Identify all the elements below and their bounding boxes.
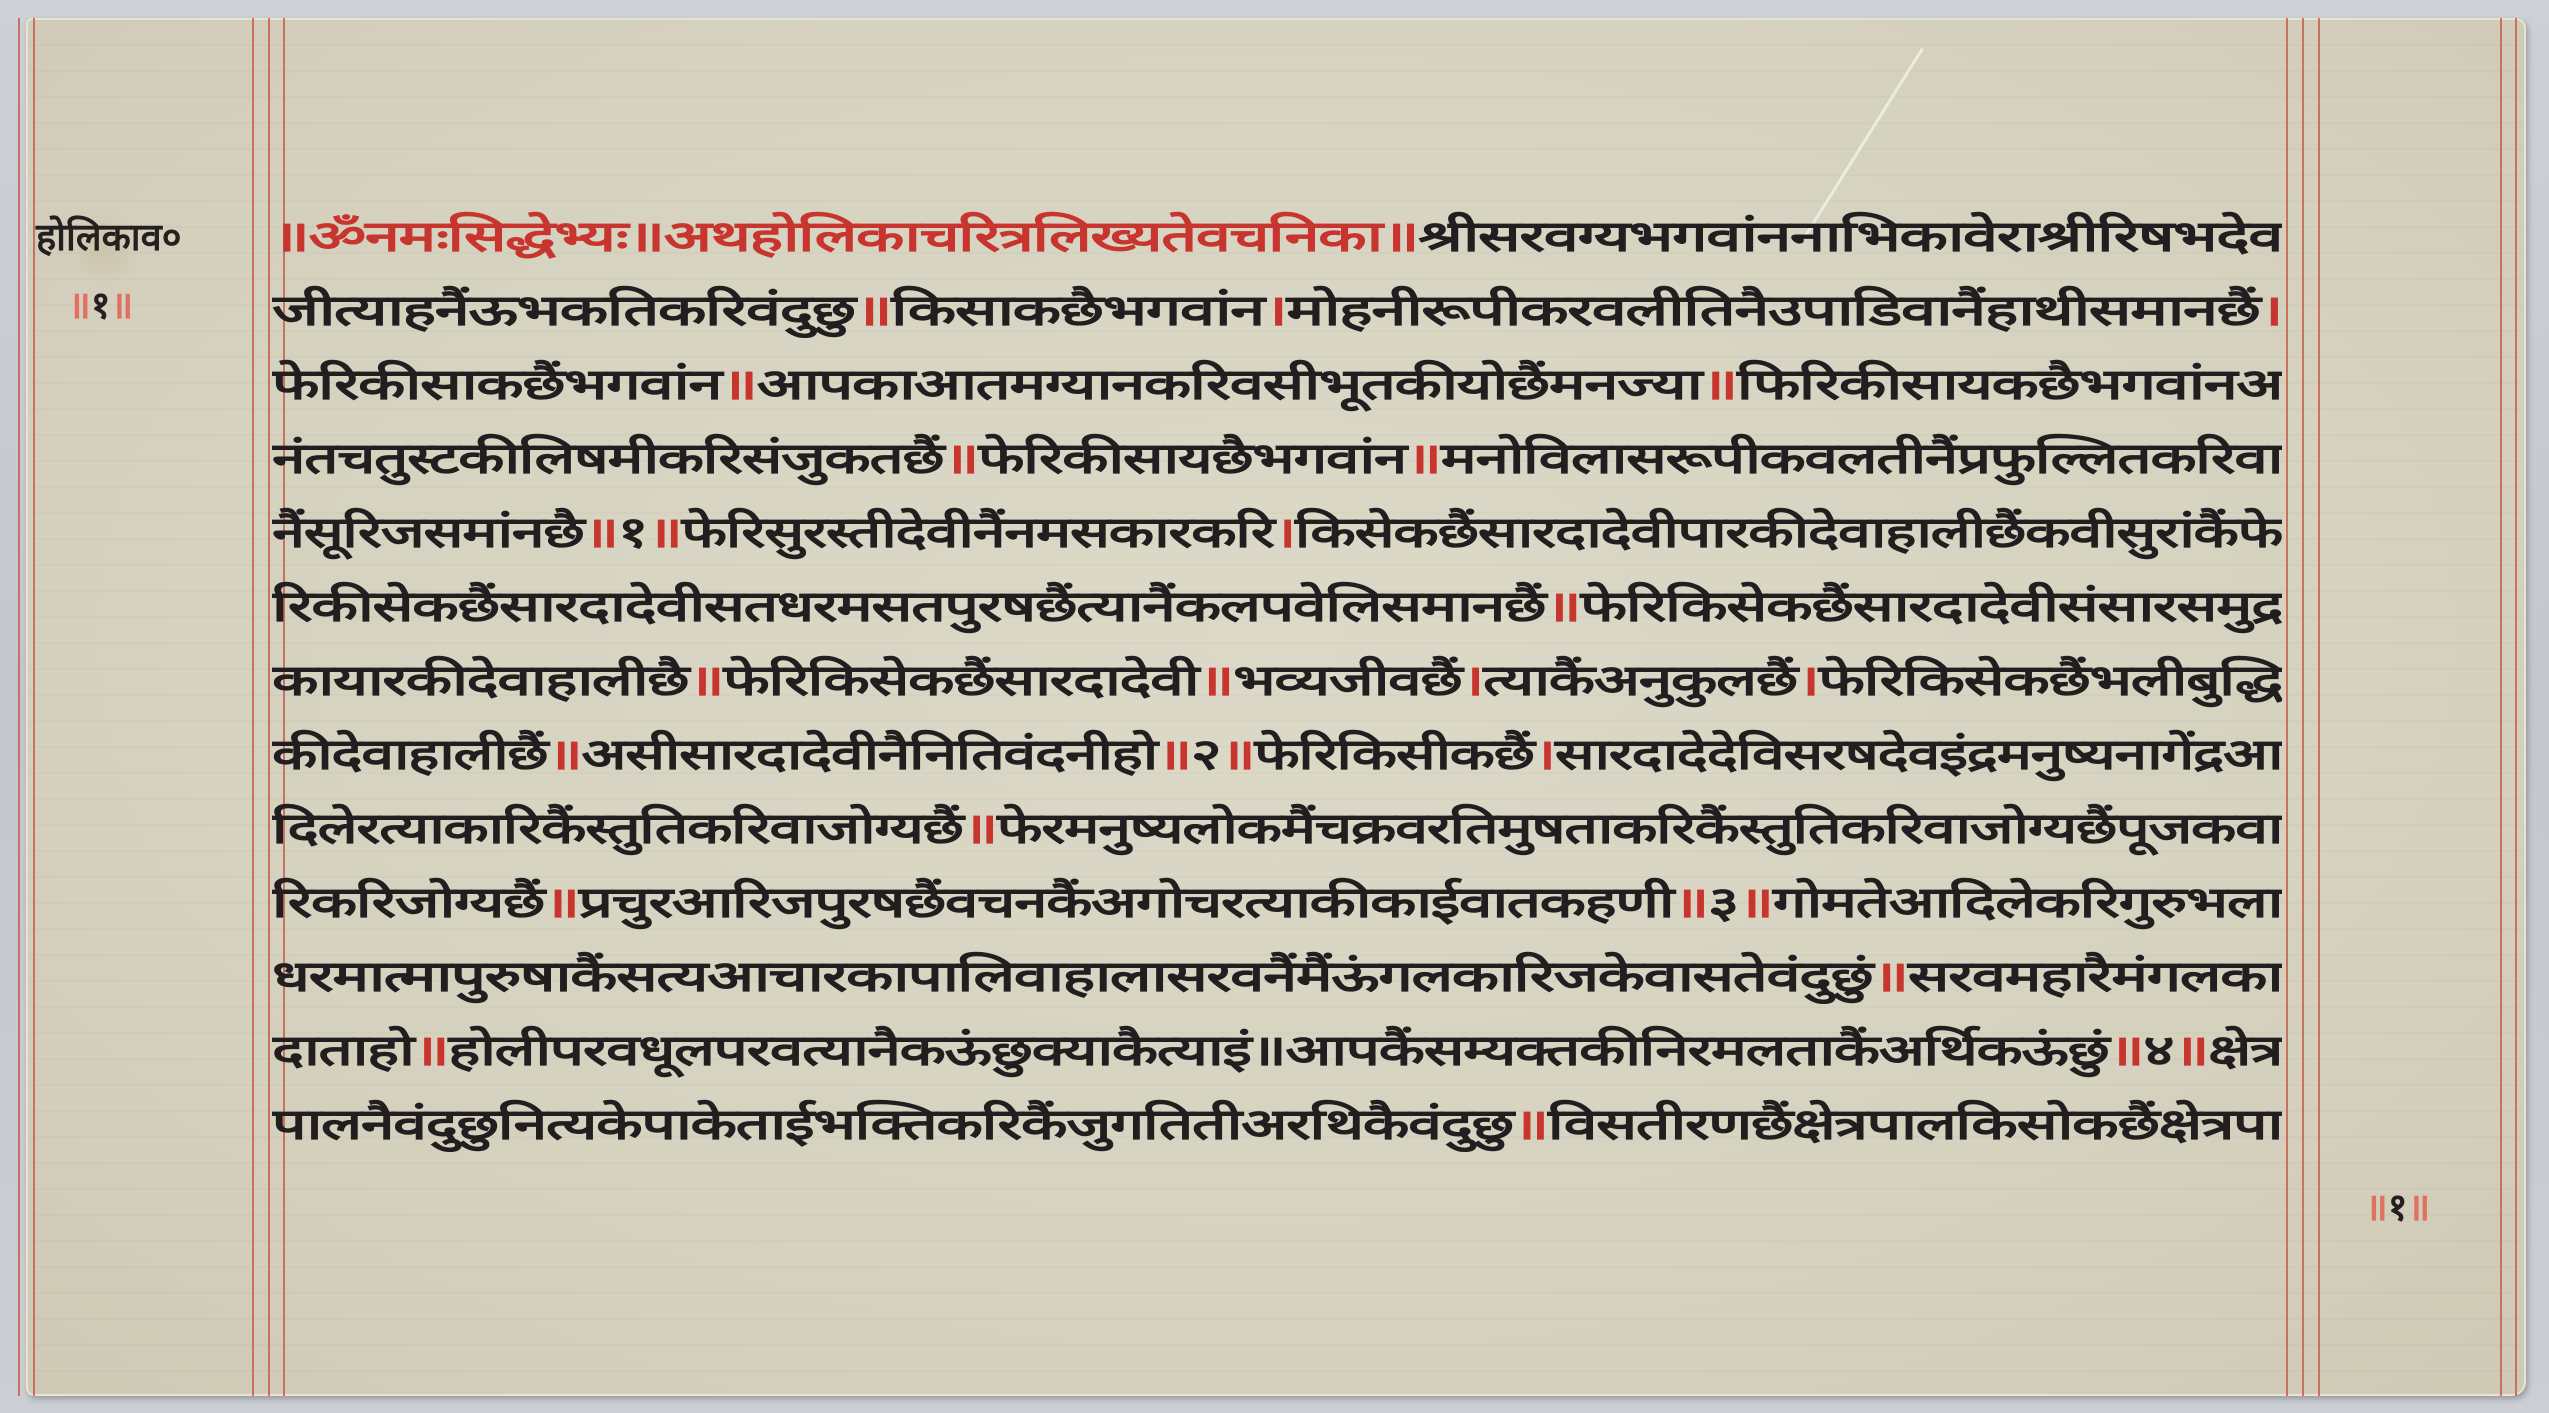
text-segment: फेरिकीसाकछैंभगवांन — [272, 360, 721, 410]
text-segment: होलीपरवधूलपरवत्यानैकऊंछुक्याकैत्याइं॥आपक… — [448, 1026, 2108, 1076]
text-segment: गोमतेआदिलेकरिगुरुभला — [1773, 878, 2282, 928]
text-segment: ३ — [1708, 878, 1738, 928]
rubric-segment: ॥ — [1513, 1100, 1548, 1150]
text-line: कीदेवाहालीछैं॥असीसारदादेवीनैनितिवंदनीहो॥… — [272, 718, 2282, 792]
text-segment: फेरिकिसेकछैंसारदादेवीसंसारसमुद्र — [1580, 582, 2282, 632]
rubric-segment: ॥ — [1872, 952, 1908, 1002]
text-segment: रिकरिजोग्यछैं — [272, 878, 544, 928]
text-segment: धरमात्मापुरुषाकैंसत्यआचारकापालिवाहालासरव… — [272, 952, 1872, 1002]
text-segment: कायारकीदेवाहालीछै — [272, 656, 688, 706]
rubric-segment: ॥ — [1198, 656, 1233, 706]
text-segment: मनोविलासरूपीकवलतीनैंप्रफुल्लितकरिवा — [1441, 434, 2282, 484]
rubric-segment: ॥ — [855, 286, 891, 336]
text-line: कायारकीदेवाहालीछै॥फेरिकिसेकछैंसारदादेवी॥… — [272, 644, 2282, 718]
edge-rule-right-2 — [2515, 18, 2517, 1396]
text-segment: प्रचुरआरिजपुरषछैंवचनकैंअगोचरत्याकीकाईवात… — [579, 878, 1674, 928]
danda-mark: ॥ — [2408, 1185, 2431, 1229]
text-segment: सरवमहारैमंगलका — [1908, 952, 2282, 1002]
rubric-segment: ॥ — [1220, 730, 1254, 780]
text-line: नैंसूरिजसमांनछै॥१॥फेरिसुरस्तीदेवीनैंनमसक… — [272, 496, 2282, 570]
text-line: रिकीसेकछैंसारदादेवीसतधरमसतपुरषछैंत्यानैं… — [272, 570, 2282, 644]
text-segment: विसतीरणछैंक्षेत्रपालकिसोकछैंक्षेत्रपा — [1548, 1100, 2282, 1150]
text-segment: कीदेवाहालीछैं — [272, 730, 547, 780]
rubric-segment: । — [1274, 508, 1295, 558]
rubric-segment: ॥ — [963, 804, 997, 854]
text-segment: दिलेरत्याकारिकैंस्तुतिकरिवाजोग्यछैं — [272, 804, 963, 854]
edge-rule-left-2 — [33, 18, 35, 1396]
folio-digit: १ — [91, 283, 111, 327]
margin-rule-left-2 — [268, 18, 270, 1396]
text-segment: नंतचतुस्टकीलिषमीकरिसंजुकतछैं — [272, 434, 943, 484]
rubric-segment: ॥ — [583, 508, 617, 558]
text-segment: फेरिकिसीकछैं — [1254, 730, 1533, 780]
text-segment: पालनैवंदुछुनित्यकेपाकेताईभक्तिकरिकैंजुगत… — [272, 1100, 1513, 1150]
danda-mark: ॥ — [2365, 1185, 2388, 1229]
text-segment: फेरिसुरस्तीदेवीनैंनमसकारकरि — [681, 508, 1273, 558]
text-segment: २ — [1191, 730, 1220, 780]
margin-rule-left-1 — [252, 18, 254, 1396]
text-line: पालनैवंदुछुनित्यकेपाकेताईभक्तिकरिकैंजुगत… — [272, 1088, 2282, 1162]
text-segment: श्रीसरवग्यभगवांननाभिकावेराश्रीरिषभदेव — [1418, 212, 2282, 262]
text-segment: क्षेत्र — [2208, 1026, 2282, 1076]
rubric-segment: ॥ॐनमःसिद्धेभ्यः॥अथहोलिकाचरित्रलिख्यतेवचन… — [272, 212, 1418, 262]
text-segment: जीत्याहनैंऊभकतिकरिवंदुछु — [272, 286, 855, 336]
text-segment: भव्यजीवछैं — [1233, 656, 1461, 706]
text-segment: किसाकछैभगवांन — [891, 286, 1264, 336]
rubric-segment: ॥ — [1738, 878, 1773, 928]
text-segment: फेरमनुष्यलोकमैंचक्रवरतिमुषताकरिकैंस्तुति… — [997, 804, 2282, 854]
folio-number-right: ॥१॥ — [2365, 1180, 2430, 1232]
text-segment: मोहनीरूपीकरवलीतिनैउपाडिवानैंहाथीसमानछैं — [1286, 286, 2259, 336]
text-segment: दाताहो — [272, 1026, 413, 1076]
text-line: ॥ॐनमःसिद्धेभ्यः॥अथहोलिकाचरित्रलिख्यतेवचन… — [272, 200, 2282, 274]
text-line: धरमात्मापुरुषाकैंसत्यआचारकापालिवाहालासरव… — [272, 940, 2282, 1014]
rubric-segment: ॥ — [1673, 878, 1708, 928]
rubric-segment: । — [1797, 656, 1819, 706]
rubric-segment: ॥ — [688, 656, 723, 706]
margin-title: होलिकाव० — [36, 210, 182, 262]
rubric-segment: । — [1264, 286, 1287, 336]
text-line: रिकरिजोग्यछैं॥प्रचुरआरिजपुरषछैंवचनकैंअगो… — [272, 866, 2282, 940]
text-segment: त्याकैंअनुकुलछैं — [1483, 656, 1797, 706]
text-segment: फेरिकिसेकछैंसारदादेवी — [723, 656, 1198, 706]
rubric-segment: ॥ — [2108, 1026, 2143, 1076]
text-line: नंतचतुस्टकीलिषमीकरिसंजुकतछैं॥फेरिकीसायछै… — [272, 422, 2282, 496]
folio-digit: १ — [2388, 1185, 2408, 1229]
text-segment: नैंसूरिजसमांनछै — [272, 508, 583, 558]
margin-rule-right-2 — [2302, 18, 2304, 1396]
manuscript-text-body: ॥ॐनमःसिद्धेभ्यः॥अथहोलिकाचरित्रलिख्यतेवचन… — [272, 200, 2282, 1162]
text-segment: रिकीसेकछैंसारदादेवीसतधरमसतपुरषछैंत्यानैं… — [272, 582, 1545, 632]
rubric-segment: । — [1534, 730, 1555, 780]
edge-rule-right-1 — [2500, 18, 2502, 1396]
rubric-segment: ॥ — [1701, 360, 1737, 410]
rubric-segment: । — [2259, 286, 2282, 336]
text-segment: असीसारदादेवीनैनितिवंदनीहो — [581, 730, 1156, 780]
rubric-segment: ॥ — [413, 1026, 448, 1076]
text-line: दाताहो॥होलीपरवधूलपरवत्यानैकऊंछुक्याकैत्य… — [272, 1014, 2282, 1088]
text-line: जीत्याहनैंऊभकतिकरिवंदुछु॥किसाकछैभगवांन।म… — [272, 274, 2282, 348]
text-segment: आपकाआतमग्यानकरिवसीभूतकीयोछैंमनज्या — [757, 360, 1702, 410]
text-segment: ४ — [2143, 1026, 2173, 1076]
rubric-segment: ॥ — [544, 878, 579, 928]
text-line: दिलेरत्याकारिकैंस्तुतिकरिवाजोग्यछैं॥फेरम… — [272, 792, 2282, 866]
rubric-segment: ॥ — [943, 434, 978, 484]
rubric-segment: ॥ — [721, 360, 757, 410]
rubric-segment: ॥ — [2173, 1026, 2208, 1076]
text-line: फेरिकीसाकछैंभगवांन॥आपकाआतमग्यानकरिवसीभूत… — [272, 348, 2282, 422]
edge-rule-left-1 — [18, 18, 20, 1396]
text-segment: किसेकछैंसारदादेवीपारकीदेवाहालीछैंकवीसुरा… — [1295, 508, 2282, 558]
danda-mark: ॥ — [68, 283, 91, 327]
text-segment: फेरिकिसेकछैंभलीबुद्धि — [1818, 656, 2282, 706]
text-segment: १ — [618, 508, 648, 558]
text-segment: फिरिकीसायकछैभगवांनअ — [1737, 360, 2282, 410]
margin-rule-right-1 — [2286, 18, 2288, 1396]
rubric-segment: ॥ — [547, 730, 581, 780]
text-segment: फेरिकीसायछैभगवांन — [978, 434, 1406, 484]
text-segment: सारदादेदेविसरषदेवइंद्रमनुष्यनागेंद्रआ — [1555, 730, 2282, 780]
rubric-segment: ॥ — [1406, 434, 1441, 484]
rubric-segment: ॥ — [1157, 730, 1191, 780]
rubric-segment: । — [1461, 656, 1483, 706]
rubric-segment: ॥ — [1545, 582, 1580, 632]
danda-mark: ॥ — [111, 283, 134, 327]
folio-number-left: ॥१॥ — [68, 278, 133, 330]
margin-rule-right-3 — [2318, 18, 2320, 1396]
rubric-segment: ॥ — [647, 508, 681, 558]
